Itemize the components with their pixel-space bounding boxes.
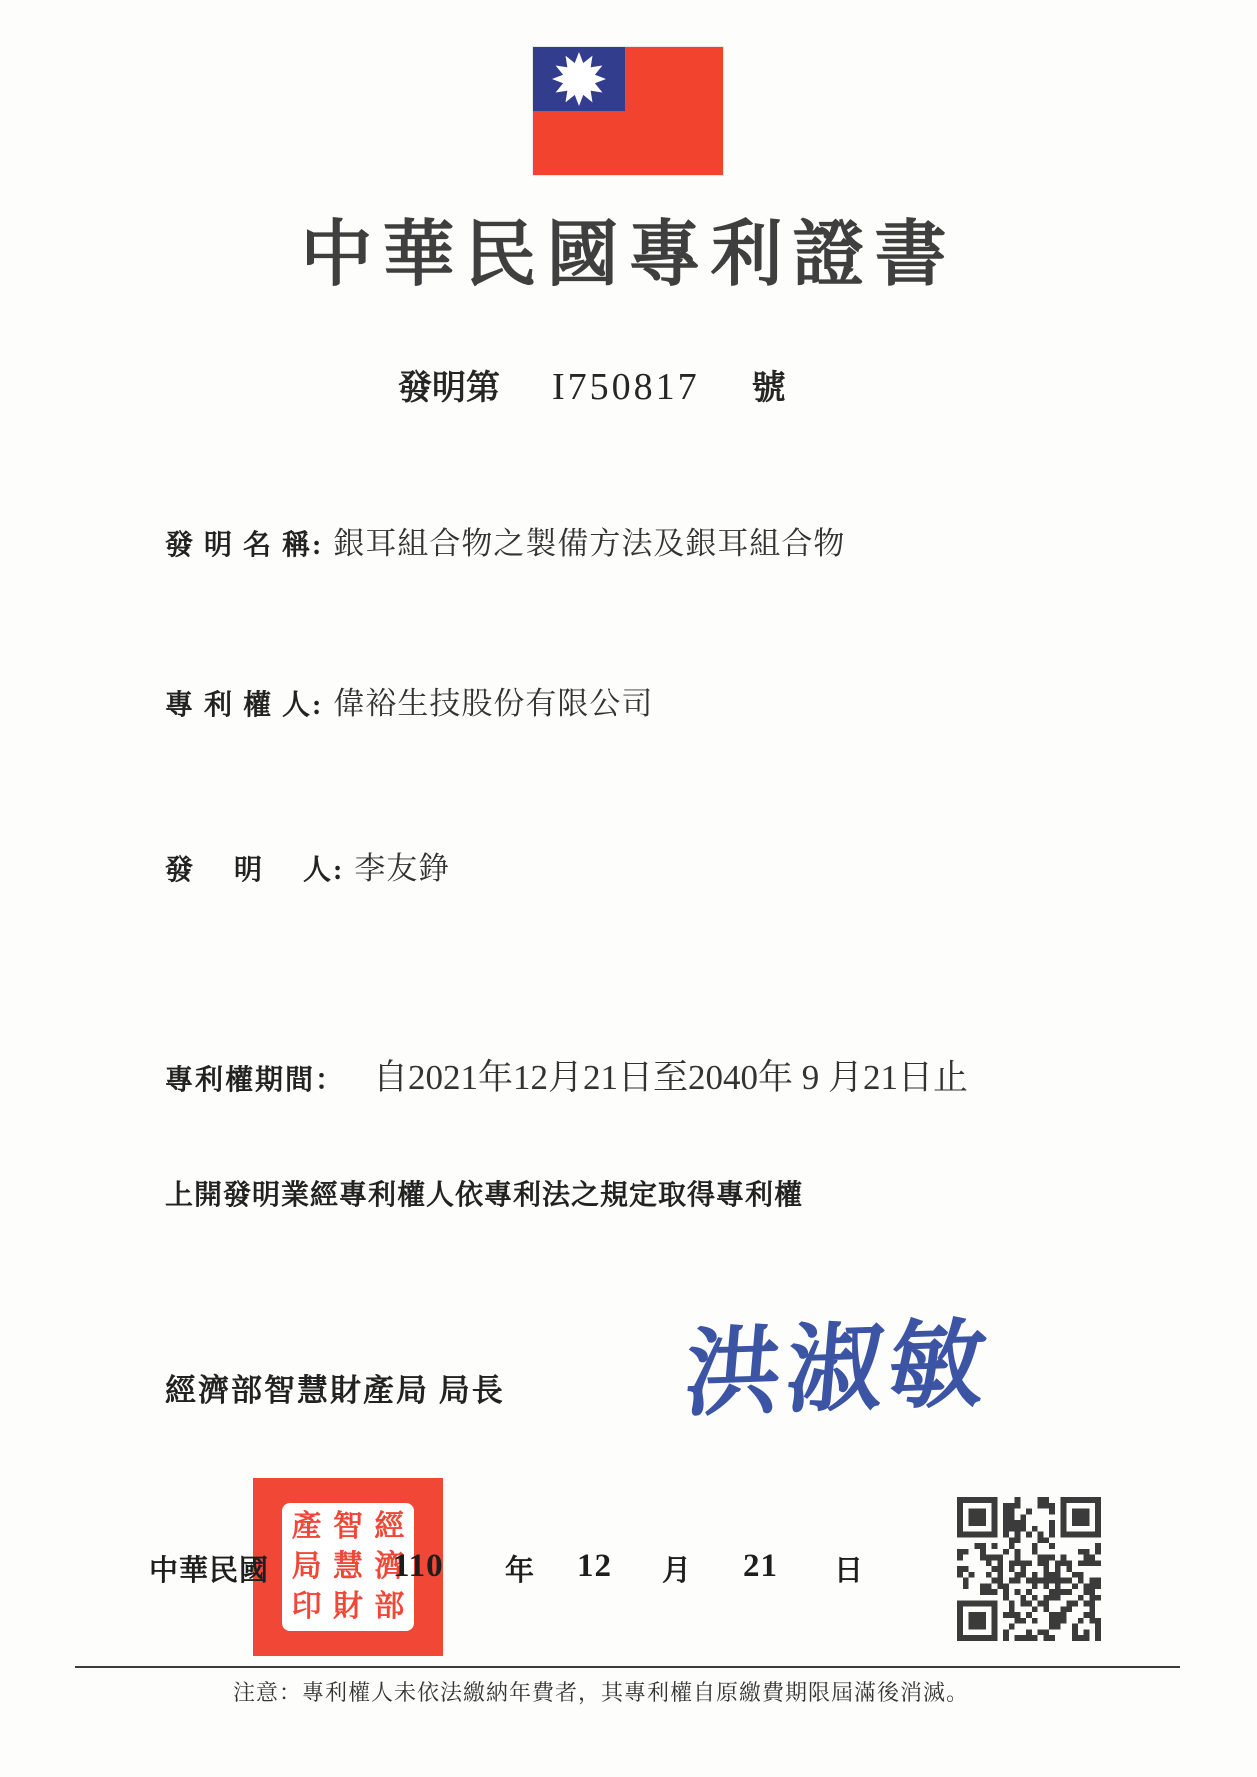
field-invention-name: 發 明 名 稱:銀耳組合物之製備方法及銀耳組合物 — [165, 518, 845, 563]
certificate-title: 中華民國專利證書 — [0, 196, 1257, 300]
seal-char: 產 — [286, 1507, 327, 1547]
grant-statement: 上開發明業經專利權人依專利法之規定取得專利權 — [165, 1173, 803, 1213]
date-year: 110 — [393, 1548, 444, 1585]
patent-number-suffix: 號 — [752, 360, 786, 409]
date-day-unit: 日 — [834, 1548, 864, 1589]
invention-name-value: 銀耳組合物之製備方法及銀耳組合物 — [333, 526, 845, 561]
flag-sun-icon — [533, 47, 625, 111]
field-inventor: 發 明 人:李友錚 — [165, 843, 450, 888]
patent-term-label: 專利權期間： — [165, 1065, 345, 1096]
patentee-value: 偉裕生技股份有限公司 — [333, 686, 653, 721]
patent-number-prefix: 發明第 — [398, 360, 500, 409]
inventor-value: 李友錚 — [354, 851, 450, 886]
invention-name-label: 發 明 名 稱: — [165, 530, 323, 561]
inventor-label: 發 明 人: — [165, 855, 344, 886]
field-patent-term: 專利權期間：自2021年12月21日至2040年 9 月21日止 — [165, 1050, 968, 1100]
date-month-unit: 月 — [662, 1548, 692, 1589]
issue-date-line: 中華民國 110 年 12 月 21 日 — [0, 1548, 1257, 1588]
date-day: 21 — [743, 1548, 778, 1585]
footer-divider — [75, 1666, 1180, 1668]
patentee-label: 專 利 權 人: — [165, 690, 323, 721]
seal-char: 智 — [327, 1507, 368, 1547]
patent-term-value: 自2021年12月21日至2040年 9 月21日止 — [373, 1058, 968, 1097]
seal-char: 經 — [369, 1507, 410, 1547]
seal-char: 印 — [286, 1587, 327, 1627]
date-era: 中華民國 — [149, 1548, 269, 1589]
seal-char: 部 — [369, 1587, 410, 1627]
seal-char: 財 — [327, 1587, 368, 1627]
date-month: 12 — [577, 1548, 612, 1585]
patent-certificate-page: 中華民國專利證書 發明第 I750817 號 發 明 名 稱:銀耳組合物之製備方… — [0, 0, 1257, 1777]
patent-number: I750817 — [552, 365, 700, 409]
issuer-title: 經濟部智慧財產局 局長 — [165, 1365, 505, 1410]
roc-flag — [533, 47, 723, 175]
footnote: 注意：專利權人未依法繳納年費者，其專利權自原繳費期限屆滿後消滅。 — [0, 1676, 1202, 1707]
date-year-unit: 年 — [505, 1548, 535, 1589]
patent-number-line: 發明第 I750817 號 — [398, 360, 786, 409]
field-patentee: 專 利 權 人:偉裕生技股份有限公司 — [165, 678, 653, 723]
director-signature: 洪淑敏 — [681, 1317, 989, 1424]
